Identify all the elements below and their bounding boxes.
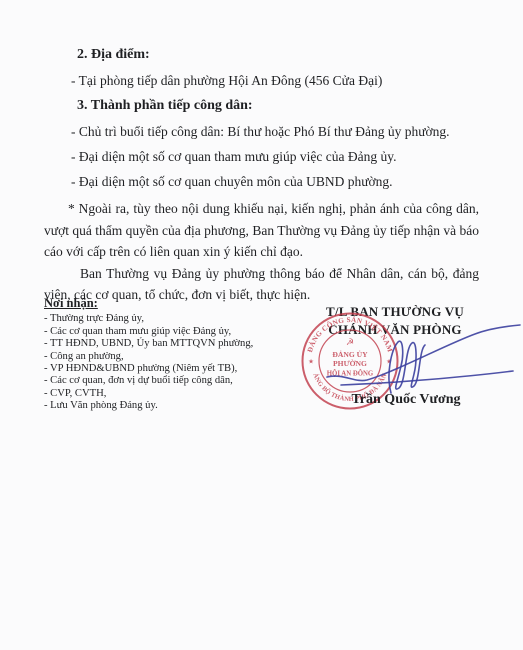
participant-line: - Chủ trì buổi tiếp công dân: Bí thư hoặ… bbox=[44, 123, 479, 140]
participant-line: - Đại diện một số cơ quan tham mưu giúp … bbox=[44, 148, 479, 165]
recipient-item: - Công an phường, bbox=[44, 351, 294, 363]
recipients-block: Nơi nhận: - Thường trực Đảng ủy, - Các c… bbox=[44, 297, 294, 413]
recipient-item: - Lưu Văn phòng Đảng ủy. bbox=[44, 400, 294, 412]
recipient-item: - Thường trực Đảng ủy, bbox=[44, 313, 294, 325]
recipient-item: - TT HĐND, UBND, Ủy ban MTTQVN phường, bbox=[44, 338, 294, 350]
note-paragraph: * Ngoài ra, tùy theo nội dung khiếu nại,… bbox=[44, 198, 479, 263]
document-body: 2. Địa điểm: - Tại phòng tiếp dân phường… bbox=[0, 0, 523, 306]
recipient-item: - VP HĐND&UBND phường (Niêm yết TB), bbox=[44, 363, 294, 375]
location-line: - Tại phòng tiếp dân phường Hội An Đông … bbox=[44, 72, 479, 89]
section-3-heading: 3. Thành phần tiếp công dân: bbox=[44, 97, 479, 114]
recipient-item: - Các cơ quan tham mưu giúp việc Đảng ủy… bbox=[44, 326, 294, 338]
participant-line: - Đại diện một số cơ quan chuyên môn của… bbox=[44, 173, 479, 190]
signer-name: Trần Quốc Vương bbox=[320, 392, 492, 408]
section-2-heading: 2. Địa điểm: bbox=[44, 46, 479, 63]
recipient-item: - Các cơ quan, đơn vị dự buổi tiếp công … bbox=[44, 375, 294, 387]
recipients-title: Nơi nhận: bbox=[44, 297, 294, 309]
recipient-item: - CVP, CVTH, bbox=[44, 388, 294, 400]
scanned-document-page: 2. Địa điểm: - Tại phòng tiếp dân phường… bbox=[0, 0, 523, 650]
